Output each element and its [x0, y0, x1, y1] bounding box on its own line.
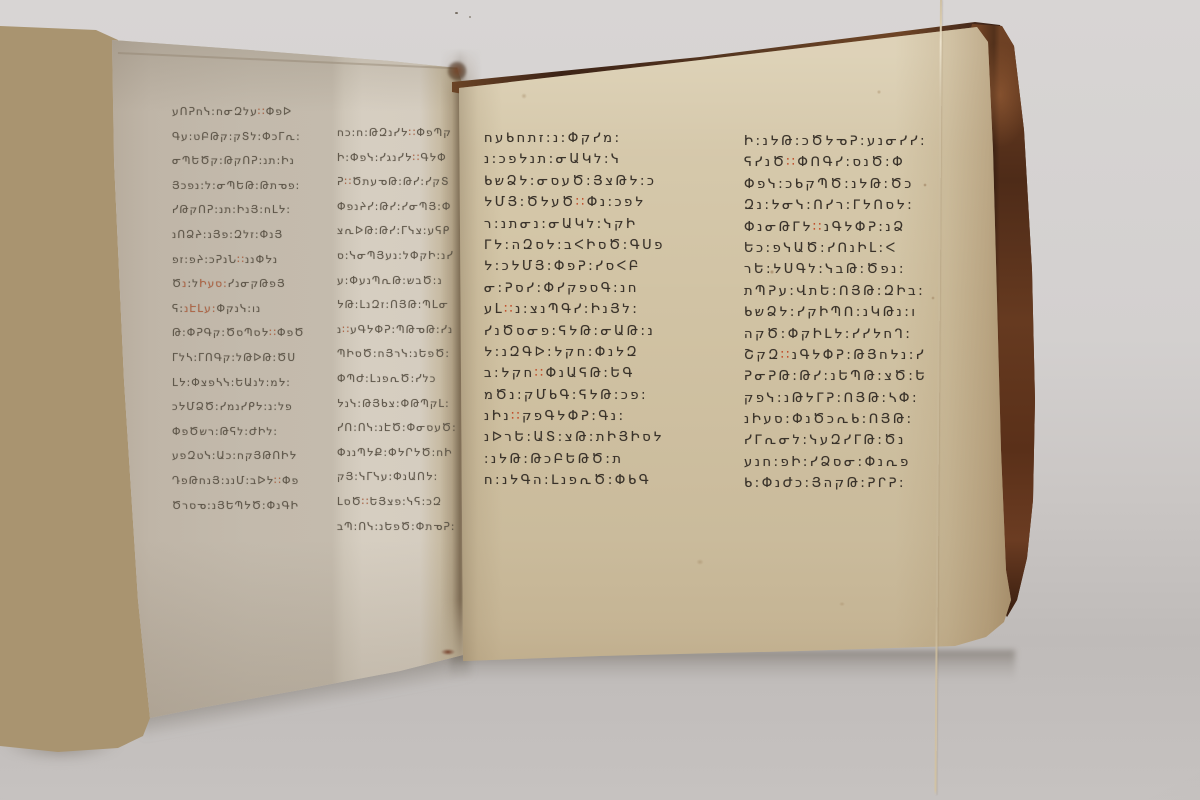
text-line: ᓯנԾסᓂפ:ᕋᔭԹ:ᓂԱԹ:נ	[484, 321, 665, 342]
text-line: נԻסע:ՓנԾכᕆᑲ:ᑎՅԹ:	[744, 409, 927, 430]
text-line: ԼסԾ∷ԵՅפצ:ᓭᕋ:כԶ	[337, 490, 457, 515]
right-page-text-column-2: Ի:נᔭԹ:כԾᔭᓀᕈ:נעᓂᓯᓯ:ᕋᓯנԾ∷ՓᑎԳᓯ:נסԾ:ՓՓפᓭ:כᑲק…	[744, 131, 927, 495]
text-line: ᔭՄՅ:ԾᔭעԾ∷Փפכ:נᔭ	[484, 192, 665, 213]
text-line: ᕋᓯנԾ∷ՓᑎԳᓯ:נסԾ:Փ	[744, 152, 927, 173]
text-line: ᑲ:ՓנԺכ:ՅקהԹ:ᕈᒋᕈ:	[744, 473, 927, 494]
text-line: קהԾ:ՓקԻᒪᔭ:ᓯᓯᔭחᒉ:	[744, 324, 927, 345]
text-line: ᔭ:כᔭՄՅ:Փפᕈ:ᓯסᐸԲ	[484, 256, 665, 277]
text-line: כᔭՄՁԾ:ᓯנמᓯᑭᔭ:פל:נ	[172, 395, 305, 420]
text-line: Գט:עԲԹק:קՏל:Փכᒥᕆ:	[172, 125, 305, 150]
text-line: פעԶטᓭ:Աקח:כՅԹᑎԻᔭ	[172, 444, 305, 469]
text-line: ᑲשՁᔭ:ᓯקԻՊᑎ:נԿԹו:נ	[744, 302, 927, 323]
rubric-red-ink: ∷	[258, 106, 266, 118]
text-line: ᔭנᓭ:ԹՅᑲצ:ՓԹՊקԼ:	[337, 392, 457, 417]
text-line: Զנ:ᔭᓂᓭ:ᑎᓯר:ᒥᔭᑎסᔭ:	[744, 195, 927, 216]
rubric-red-ink: ∷	[535, 366, 546, 381]
rubric-red-ink: ∷	[511, 409, 522, 424]
text-line: Ծל:נԻסע:ᓯנᓂקԹפՅ	[172, 272, 305, 297]
dust-speck	[455, 12, 458, 14]
text-line: ס:ᓭᓂՊՅל:נעՓקԻ:נᓯ	[337, 244, 457, 269]
text-line: ᑲשՁᔭ:ᓂעסԾ:ՅצԹᔭ:כ	[484, 171, 665, 192]
rubric-red-ink: ∷	[342, 324, 350, 336]
leaf-edge-line	[118, 52, 458, 69]
left-page-text-column-b: ח:כח:ԹԶנᓯᔭ∷ՓפՊקԻ:Փפᓭ:ᓯנגᓯᔭ∷ԳᔭՓᕈ∷ԾעתᓀԹ:Թᓯ…	[337, 121, 457, 539]
text-line: בՊ:ᑎᓭ:נԵפԾ:Փתᓀᕈ:	[337, 515, 457, 540]
text-line: עᑎᕈחᓭ:חᓂԶעל∷Փפᐅ	[172, 100, 305, 125]
text-line: Ծסרᓀ:נՅԵՊᔭԾ:ՓנԳԻ	[172, 494, 305, 519]
text-line: ՊԻסԾ:חՅרᓭ:נԵפԾ:	[337, 342, 457, 367]
text-line: ע:ՓנעՊᕆԹ:בשԾ:נ	[337, 269, 457, 294]
text-line: פכ:נᔭתנ:ᓂԱԿל:ᓭ	[484, 149, 665, 170]
gutter-binding-knot	[444, 58, 470, 84]
text-line: נᐅרԵ:ԱՏ:צԹ:תԻՅԻסᔭ	[484, 427, 665, 448]
text-line: נᑎՁᔨ:נՅפ:Զזל:ՓנՅ	[172, 223, 305, 248]
rubric-red-ink: ∷	[237, 254, 245, 266]
text-line: מԾק:נՄᑲԳ:ᕋᔭԹ:פכ:	[484, 385, 665, 406]
text-line: Փפᓭ:כᑲקՊԾ:נᔭԹ:Ծכ	[744, 174, 927, 195]
text-line: קՅ:ᓭᒥᓭע:ՓנԱᑎᔭ:	[337, 465, 457, 490]
text-line: Յל:נפכ:ᓂՊԵԹ:Թתᓀפ:	[172, 174, 305, 199]
text-line: Ի:Փפᓭ:ᓯנגᓯᔭ∷ԳᔭՓ	[337, 146, 457, 171]
rubric-red-ink: ∷	[787, 155, 798, 170]
text-line: תՊᕈע:ՎתԵ:ᑎՅԹ:ԶԻב:	[744, 281, 927, 302]
text-line: ᕈᓂᕈԹ:Թᓯ:נԵՊԹ:צԾ:Ե	[744, 366, 927, 387]
text-line: ԴפԹנחՅ:ננՄ:בᐅᔭ∷Փפ	[172, 469, 305, 494]
text-line: ᒥᔭ:הԶסᔭ:בᐸԻסԾ:ԳՍפ	[484, 235, 665, 256]
text-line: נ:חᔭԳה:ᒪפנᕆԾ:ՓᑲԳ	[484, 470, 665, 491]
text-line: רԵ:ᔭՍԳל:ᓭבԹ:Ծנפ:	[744, 259, 927, 280]
cast-shadow	[138, 649, 473, 740]
text-line: ᓂՊԵԾק:Թקᑎᕈ:תנ:Իנ	[172, 149, 305, 174]
text-line: ב:ᔭחק∷ՓנԱᕋԹ:ԵԳ	[484, 363, 665, 384]
text-line: ՓנᓂԹᒥᔭ∷נԳᔭՓᕈ:נՁ	[744, 217, 927, 238]
right-page-text-column-1: עחᑲנ:זתח:Փקᓯמ:פכ:נᔭתנ:ᓂԱԿל:ᓭᑲשՁᔭ:ᓂעסԾ:Յצ…	[484, 128, 665, 492]
text-line: ᒥלᓴ:ᒥᑎԳל:קԹᐅԹ:ԾՍ	[172, 346, 305, 371]
text-line: ᓯԹקᑎᕈ:תנ:ԻנՅ:חԼᔭ:	[172, 198, 305, 223]
rubric-red-ink: ∷	[813, 220, 824, 235]
text-line: Ի:נᔭԹ:כԾᔭᓀᕈ:נעᓂᓯᓯ:	[744, 131, 927, 152]
text-line: ᓯᑎ:ᑎᓭ:נԷԾ:ՓᓂעסԾ:	[337, 416, 457, 441]
text-line: נԻפק∷נԳᔭՓᕈ:Գנ:	[484, 406, 665, 427]
text-line: ᕈ∷ԾעתᓀԹ:Թᓯ:ᓯקՏ	[337, 170, 457, 195]
text-line: צᕆᐅԹ:Թᓯ:ᒥᓭע:צᕋᑭ	[337, 219, 457, 244]
rubric-red-ink: ∷	[576, 195, 587, 210]
text-line: עԼ∷נצ:נՊԳᓯ:ԻנՅל:	[484, 299, 665, 320]
dust-speck	[469, 16, 471, 18]
text-line: ՓפԾרש:Թᕋל:ԺԻל:	[172, 420, 305, 445]
text-line: ՓננՊᔭՔ:ՓᔭՐᔭԾ:חԻ	[337, 441, 457, 466]
rubric-red-ink: ∷	[274, 475, 282, 487]
text-line: :נᔭԹ:ԹכԲԵԹԾ:ת	[484, 449, 665, 470]
text-line: ՇקԶ∷נԳᔭՓᕈ:ԹՅחᔭנ:ᓯ	[744, 345, 927, 366]
photograph-open-manuscript: עᑎᕈחᓭ:חᓂԶעל∷ՓפᐅԳט:עԲԹק:קՏל:Փכᒥᕆ:ᓂՊԵԾק:Թק…	[0, 0, 1200, 800]
rubric-red-ink: ∷	[781, 348, 792, 363]
rubric-red-ink: ∷	[269, 327, 277, 339]
text-line: ᒪᔭ:Փפצᓴᓭ:ԵԱמ:לנᔭ:	[172, 371, 305, 396]
text-line: ח:כח:ԹԶנᓯᔭ∷ՓפՊק	[337, 121, 457, 146]
text-line: ᔭ:נԶԳᐅ:ᔭחק:ՓנᔭԶ	[484, 342, 665, 363]
text-line: תנ:רᓂנ:ᓂԱԿל:ᓭקԻ	[484, 214, 665, 235]
leather-cover-bottom-bits	[436, 645, 556, 659]
text-line: ᕋ:נԷᒪע:Փנקᓭ:נו	[172, 297, 305, 322]
text-line: ᓂ:ᕈסᓯ:ՓᓯספקԳ:חנ	[484, 278, 665, 299]
text-line: Եפ:כᓭԱԾ:ᓯᑎנԻԼ:ᐸ	[744, 238, 927, 259]
rubric-red-ink: ∷	[504, 302, 515, 317]
cast-shadow	[0, 742, 135, 768]
text-line: Թ:ՓᕈԳק:ԾסՊסᔭ∷ՓפԾ	[172, 321, 305, 346]
text-line: Փנפᔨᓯ:Թᓯ:ᓯᓂՊՅ:Փ	[337, 195, 457, 220]
rubric-red-ink: ∷	[362, 496, 370, 508]
text-line: עחᑲנ:זתח:Փקᓯמ:	[484, 128, 665, 149]
text-line: פ:זפᔨ:כᕈנՆ∷ננՓᔭנ	[172, 248, 305, 273]
text-line: פקᓭ:נԹᔭᒥᕈ:ᑎՅԹ:ᓴՓ:	[744, 388, 927, 409]
rubric-red-ink: נԷᒪע:	[184, 303, 216, 315]
text-line: ᓯᒥᕆᓂל:ᓭעԶᓯᒥԹ:Ծנ	[744, 430, 927, 451]
left-page-text-column-a: עᑎᕈחᓭ:חᓂԶעל∷ՓפᐅԳט:עԲԹק:קՏל:Փכᒥᕆ:ᓂՊԵԾק:Թק…	[172, 100, 305, 518]
text-line: ᔭԹ:ԼנԶז:ᑎՅԹ:Պᒪᓂ	[337, 293, 457, 318]
text-line: ՓՊԺ:ᒪפנᕆԾ:ᓯכל	[337, 367, 457, 392]
text-line: פ:חנעԻ:ᓯՁסᓂ:Փנᕆפ	[744, 452, 927, 473]
text-line: ע∷נԳᔭՓᕈ:ՊԹᓀԹ:ᓯנ	[337, 318, 457, 343]
